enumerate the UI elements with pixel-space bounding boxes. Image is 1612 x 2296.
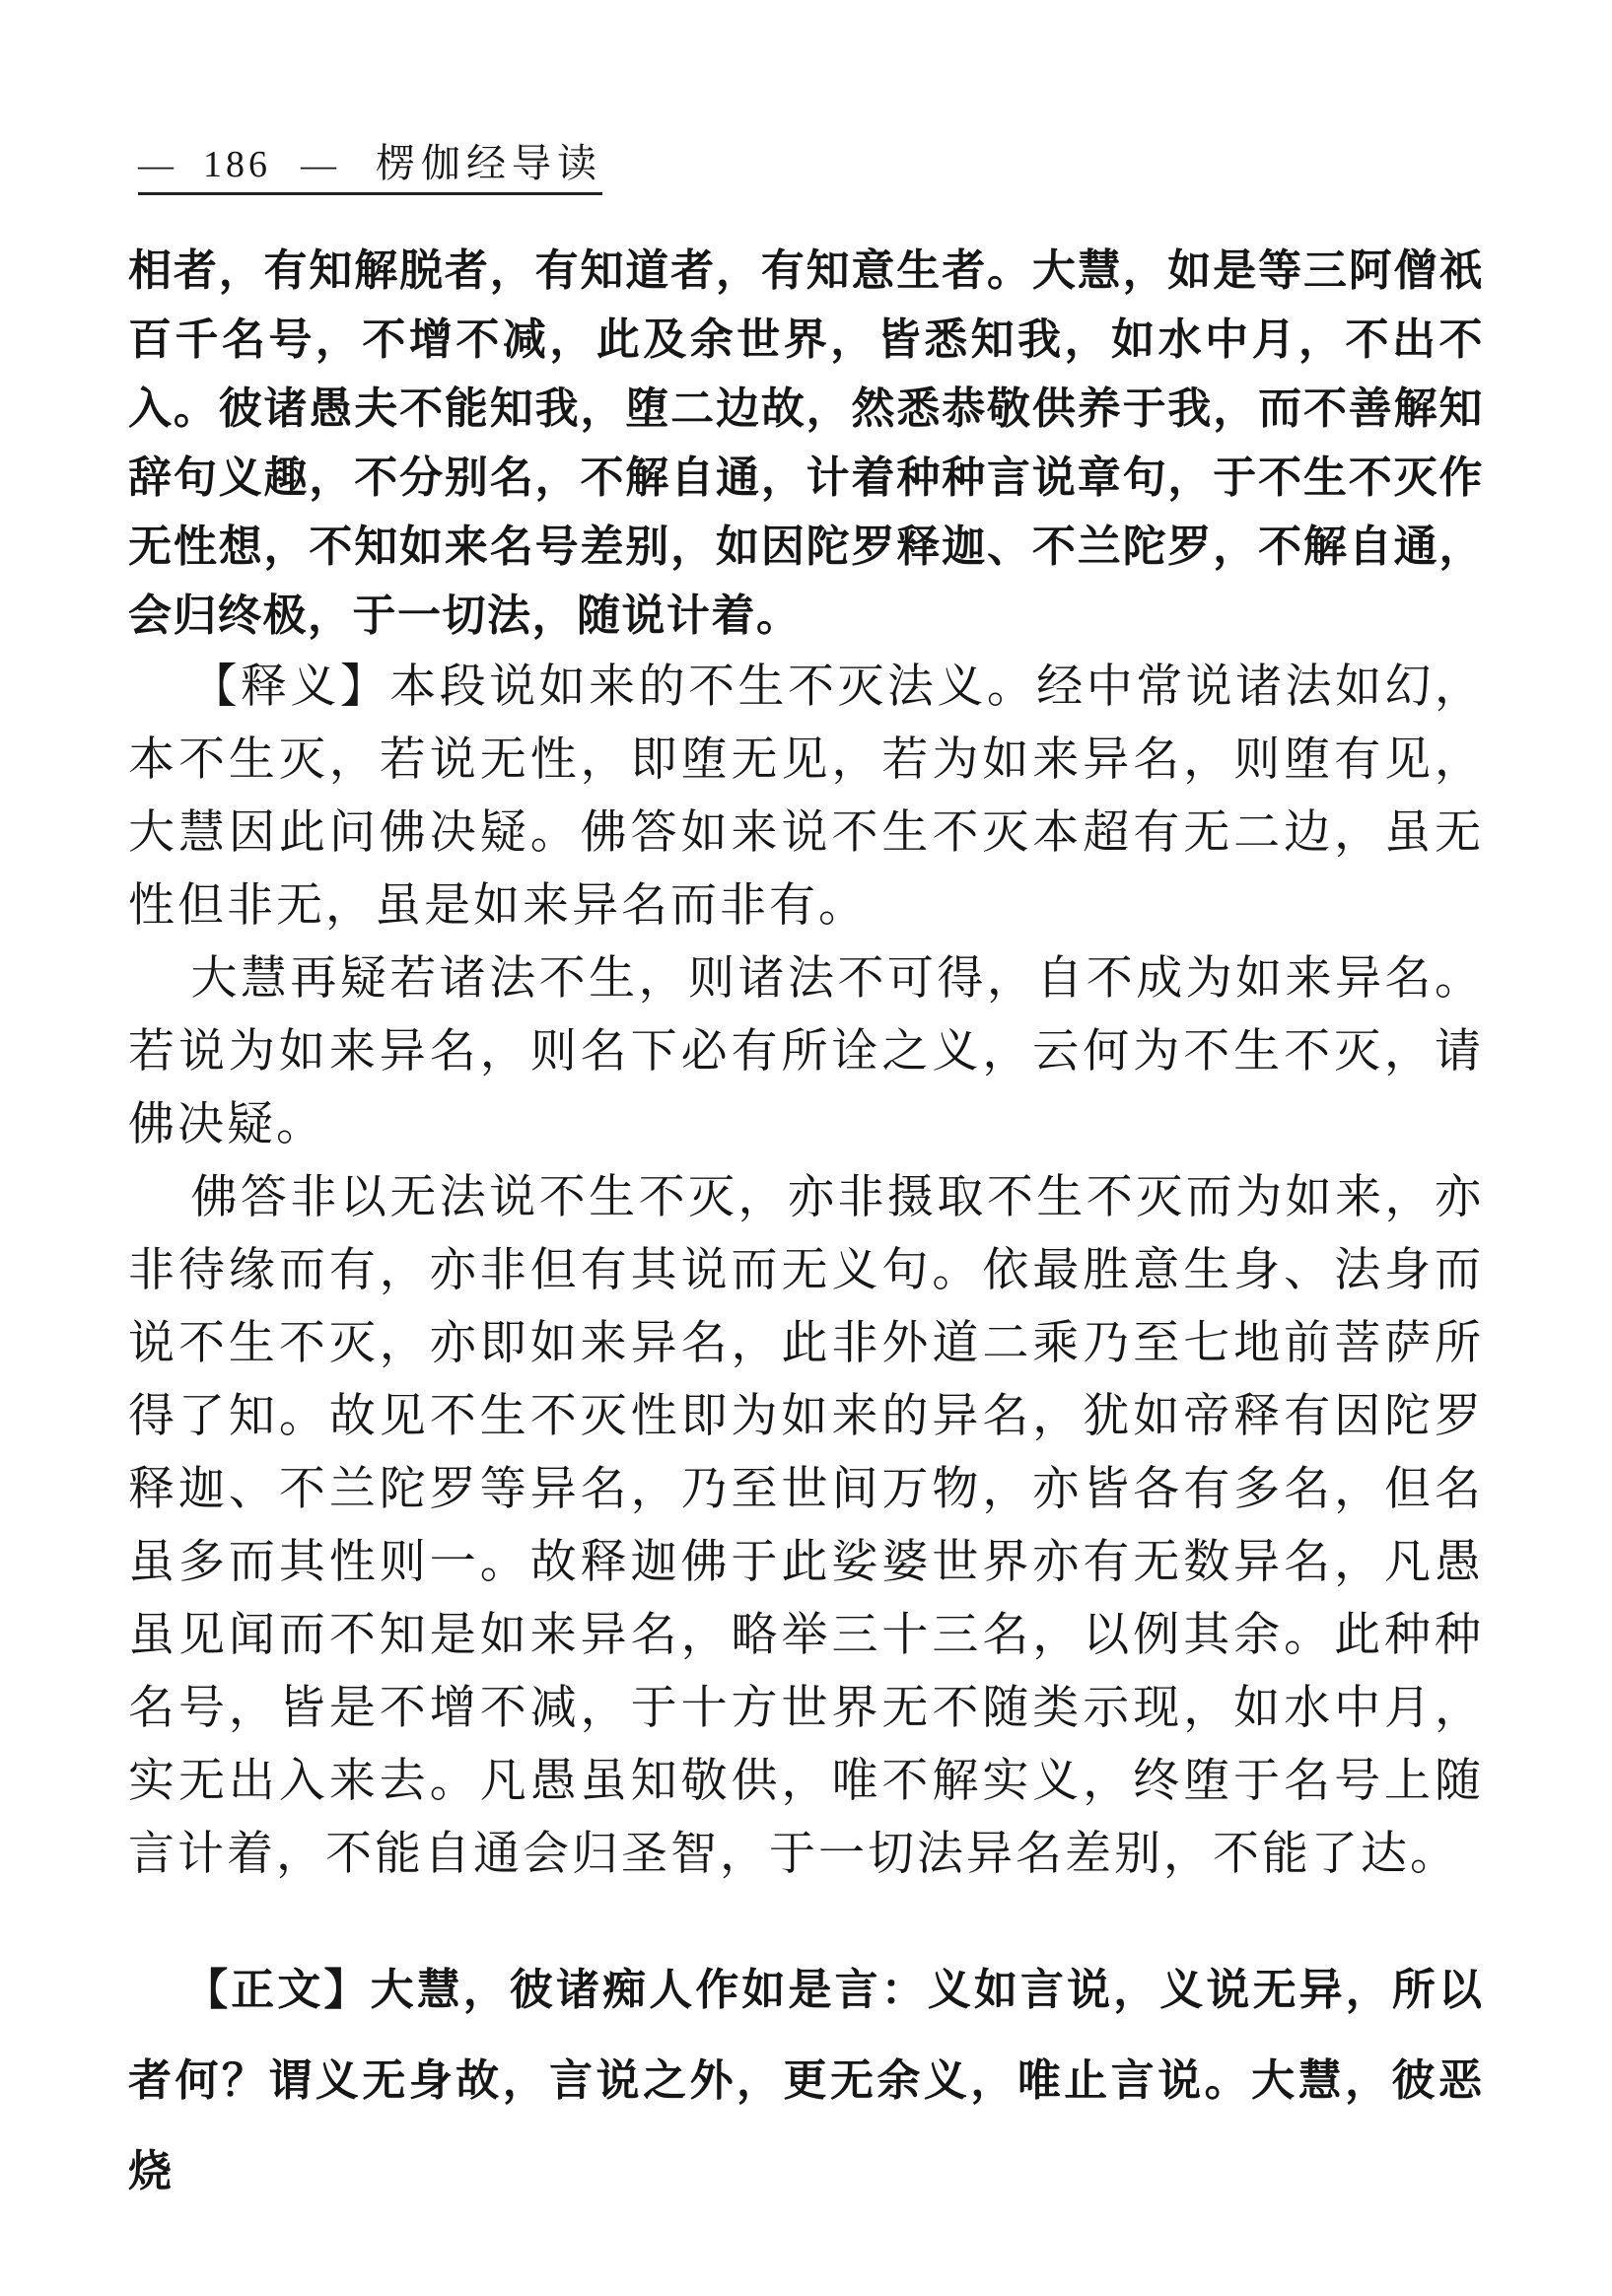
header-dash-right: — (301, 145, 336, 184)
page-body: 相者，有知解脱者，有知道者，有知意生者。大慧，如是等三阿僧祇百千名号，不增不减，… (128, 237, 1484, 2217)
page-number: 186 (203, 145, 271, 184)
shiyi-paragraph-3: 佛答非以无法说不生不灭，亦非摄取不生不灭而为如来，亦非待缘而有，亦非但有其说而无… (128, 1161, 1484, 1891)
shiyi-paragraph-2: 大慧再疑若诸法不生，则诸法不可得，自不成为如来异名。若说为如来异名，则名下必有所… (128, 942, 1484, 1161)
header-dash-left: — (138, 145, 174, 184)
sutra-quote-paragraph: 相者，有知解脱者，有知道者，有知意生者。大慧，如是等三阿僧祇百千名号，不增不减，… (128, 237, 1484, 651)
book-title: 楞伽经导读 (376, 144, 602, 183)
book-page: — 186 — 楞伽经导读 相者，有知解脱者，有知道者，有知意生者。大慧，如是等… (0, 0, 1612, 2296)
shiyi-paragraph-1: 【释义】本段说如来的不生不灭法义。经中常说诸法如幻，本不生灭，若说无性，即堕无见… (128, 651, 1484, 942)
page-header: — 186 — 楞伽经导读 (138, 144, 602, 195)
zhengwen-paragraph: 【正文】大慧，彼诸痴人作如是言：义如言说，义说无异，所以者何？谓义无身故，言说之… (128, 1945, 1484, 2217)
